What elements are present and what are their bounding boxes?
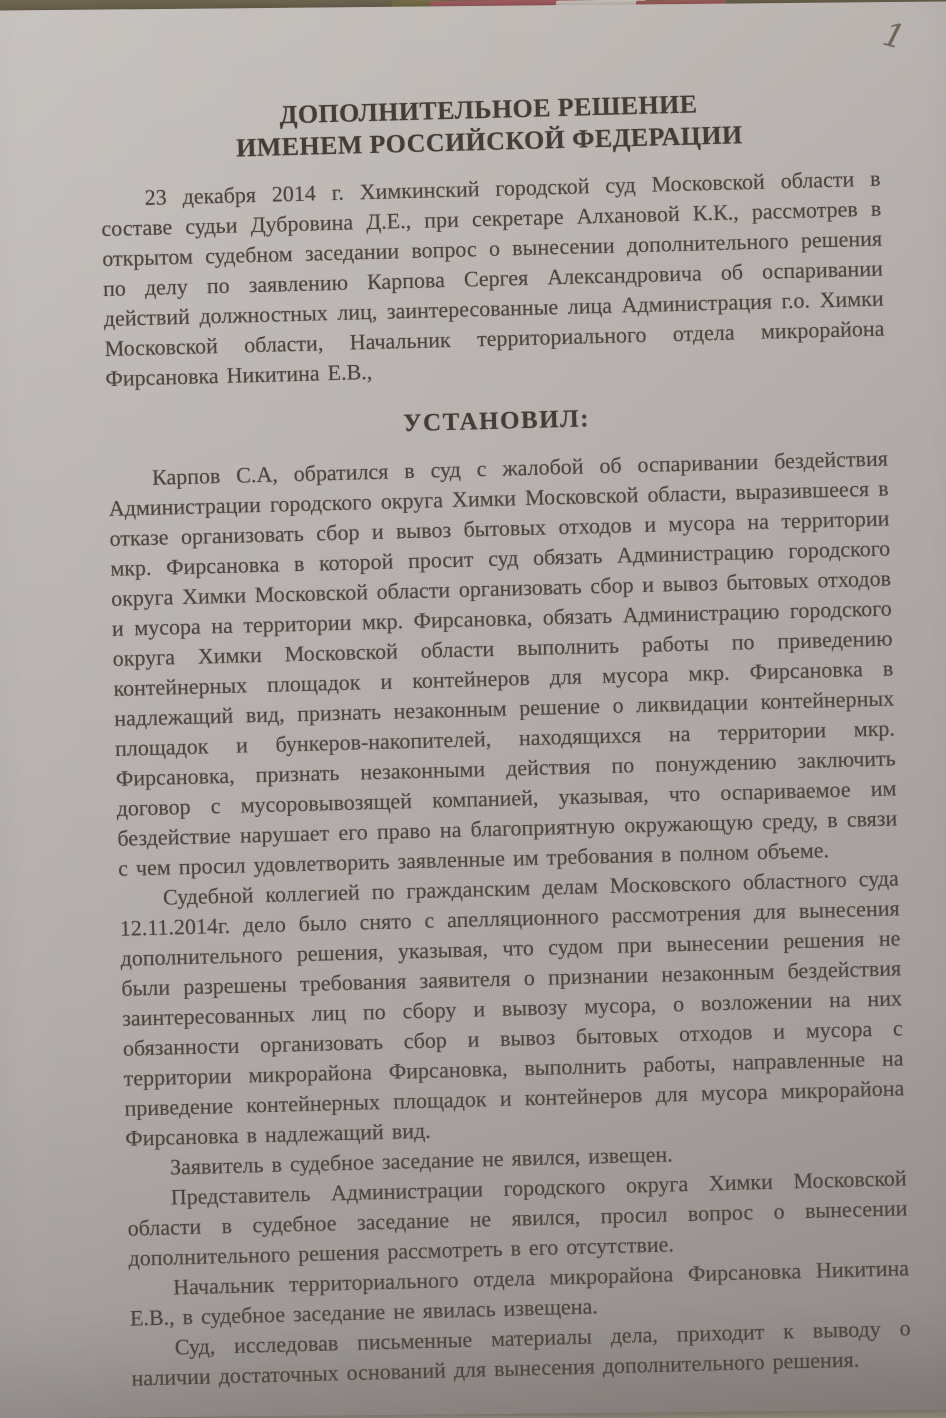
body-paragraph-2: Судебной коллегией по гражданским делам … bbox=[119, 863, 906, 1153]
document-content: ДОПОЛНИТЕЛЬНОЕ РЕШЕНИЕ ИМЕНЕМ РОССИЙСКОЙ… bbox=[98, 84, 912, 1394]
section-heading-ustanovil: УСТАНОВИЛ: bbox=[106, 398, 886, 446]
intro-paragraph: 23 декабря 2014 г. Химкинский городской … bbox=[100, 164, 885, 394]
handwritten-page-number: 1 bbox=[879, 14, 910, 57]
document-title: ДОПОЛНИТЕЛЬНОЕ РЕШЕНИЕ ИМЕНЕМ РОССИЙСКОЙ… bbox=[98, 84, 879, 168]
photo-of-document: 1 ДОПОЛНИТЕЛЬНОЕ РЕШЕНИЕ ИМЕНЕМ РОССИЙСК… bbox=[0, 0, 946, 1418]
document-page: 1 ДОПОЛНИТЕЛЬНОЕ РЕШЕНИЕ ИМЕНЕМ РОССИЙСК… bbox=[0, 1, 946, 1418]
body-paragraph-1: Карпов С.А, обратился в суд с жалобой об… bbox=[108, 444, 899, 884]
